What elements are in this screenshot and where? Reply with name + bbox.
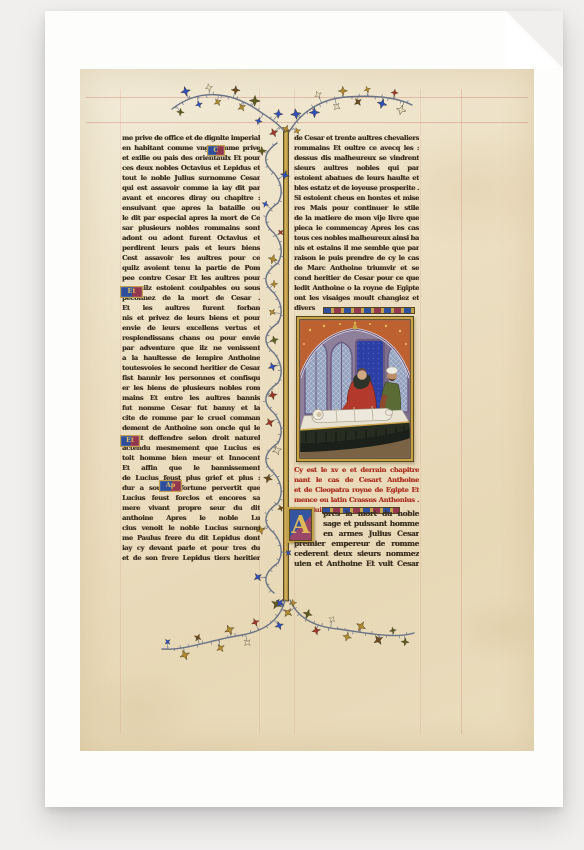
- text-line: resplendissans chans ou pour envie: [122, 333, 260, 343]
- text-line: actendu mesmement que Lucius es: [122, 443, 260, 453]
- text-line: de la matiere de mon vije livre que: [294, 213, 419, 223]
- text-line: dur a souffrir fortune pervertit que: [122, 483, 260, 493]
- text-line: sage et puissant homme: [323, 519, 419, 529]
- text-line: Lucius feust forclos et encores sa: [122, 493, 260, 503]
- text-line: Si estoient cheus en hontes et mise: [294, 193, 419, 203]
- text-line: Cest assavoir les aultres pour ce: [122, 253, 260, 263]
- text-line: ledit Anthoine o la royne de Egipte: [294, 283, 419, 293]
- text-line: adont ou adont furent Octavius et: [122, 233, 260, 243]
- text-line: pee contre Cesar Et les aultres pour: [122, 273, 260, 283]
- text-line: de Lucius feust plus grief et plus :: [122, 473, 260, 483]
- text-line: sieurs aultres nobles qui par fortune: [294, 163, 419, 173]
- text-line: le dit par especial apres la mort de Ce: [122, 213, 260, 223]
- text-line: ensuivant que apres la bataille ou: [122, 203, 260, 213]
- text-line: pieca ie commencay Apres les cas de: [294, 223, 419, 233]
- miniature-embalming-scene: [296, 316, 414, 462]
- text-line: nis et estains il me semble que par: [294, 243, 419, 253]
- text-line: dessus dis malheureux se vindrent plu: [294, 153, 419, 163]
- text-line: estoient abatues de leurs haulte et no: [294, 173, 419, 183]
- inline-initial: Et: [120, 286, 143, 298]
- text-line: uien et Anthoine Et vult Cesar: [294, 559, 419, 569]
- text-line: dement de Anthoine son oncle qui le: [122, 423, 260, 433]
- text-line: de Marc Anthoine triumvir et se: [294, 263, 419, 273]
- text-line: avant et encores diray ou chapitre :: [122, 193, 260, 203]
- text-line: cederent deux sieurs nommez Octo: [294, 549, 419, 559]
- text-line: nis et privez de leurs biens et pour: [122, 313, 260, 323]
- text-line: bles estatz et de ioyeuse prosperite .: [294, 183, 419, 193]
- rubric-line: mence ou latin Crassus Anthonius .: [294, 495, 419, 505]
- text-line: qui est assavoir comme ia iay dit par: [122, 183, 260, 193]
- miniature-frame: [296, 316, 414, 462]
- rubric-line: Cy est le xv e et derrain chapitre conte: [294, 465, 419, 475]
- text-line: ces deux nobles Octavius et Lepidus et: [122, 163, 260, 173]
- text-line: toit homme bien meur et Innocent: [122, 453, 260, 463]
- print-sheet: me prive de office et de dignite imperia…: [45, 11, 563, 807]
- text-line: iay cy devant parle et pour tres du: [122, 543, 260, 553]
- text-line: quilz avoient tenu la partie de Pom: [122, 263, 260, 273]
- text-line: de Cesar et trente aultres chevaliers: [294, 133, 419, 143]
- text-line: perdirent leurs pais et leurs biens: [122, 243, 260, 253]
- text-line: fut nomme Cesar fut banny et la: [122, 403, 260, 413]
- text-line: et de son frere Lepidus tiers heritier: [122, 553, 260, 563]
- text-line: en habitant comme vng homme prive: [122, 143, 260, 153]
- inline-initial: Et: [120, 435, 140, 447]
- inline-initial: Ap: [159, 480, 182, 492]
- inline-initial: C: [207, 145, 225, 156]
- text-line: cite de romme par le cruel comman: [122, 413, 260, 423]
- text-line: devoit deffendre selon droit naturel: [122, 433, 260, 443]
- text-line: cond heritier de Cesar pour ce que: [294, 273, 419, 283]
- right-text-column-lower: pres la mort du noblesage et puissant ho…: [294, 509, 419, 569]
- text-line: rommains Et oultre ce avecq les :: [294, 143, 419, 153]
- text-line: raison ie puis prendre de cy le cas: [294, 253, 419, 263]
- text-line: et exilie ou pais des orientaulx Et pour: [122, 153, 260, 163]
- text-line: premier empereur de romme suc: [294, 539, 419, 549]
- text-line: mere vivant propre seur du dit: [122, 503, 260, 513]
- text-line: anthoine Apres le noble Lu: [122, 513, 260, 523]
- rubric-line: et de Cleopatra royne de Egipte Et com: [294, 485, 419, 495]
- text-line: tous ces nobles malheureux ainsi ba: [294, 233, 419, 243]
- text-line: pres la mort du noble: [323, 509, 419, 519]
- right-text-column-upper: de Cesar et trente aultres chevaliersrom…: [294, 133, 419, 313]
- text-line: en armes Julius Cesar: [323, 529, 419, 539]
- text-line: Et les aultres furent forban: [122, 303, 260, 313]
- text-line: me Paulus frere du dit Lepidus dont: [122, 533, 260, 543]
- text-line: me prive de office et de dignite imperia…: [122, 133, 260, 143]
- text-line: Et affin que le bannissement: [122, 463, 260, 473]
- text-line: sar plusieurs nobles rommains sont: [122, 223, 260, 233]
- text-line: fist bannir les personnes et confisqu: [122, 373, 260, 383]
- text-line: tout le noble Julius surnomme Cesar: [122, 173, 260, 183]
- text-line: res Mais pour continuer le stile: [294, 203, 419, 213]
- text-line: cius venoit le noble Lucius surnom: [122, 523, 260, 533]
- text-line: er les biens de plusieurs nobles rom: [122, 383, 260, 393]
- text-line: par adventure que ilz ne venissent: [122, 343, 260, 353]
- product-photo: { "print": { "background_color": "#f0efe…: [0, 0, 584, 850]
- rubric-line: nant le cas de Cesart Anthoine triumvir: [294, 475, 419, 485]
- left-text-column: me prive de office et de dignite imperia…: [122, 133, 260, 563]
- text-line: mains Et entre les aultres bannis: [122, 393, 260, 403]
- text-line: toutesvoies le second heritier de Cesar: [122, 363, 260, 373]
- text-line: ont les visaiges moult changiez et: [294, 293, 419, 303]
- text-line: envie de leurs excellens vertus et: [122, 323, 260, 333]
- line-filler-bar: [323, 307, 415, 314]
- text-line: a la haultesse de lempire Anthoine: [122, 353, 260, 363]
- manuscript-page: me prive de office et de dignite imperia…: [80, 69, 534, 751]
